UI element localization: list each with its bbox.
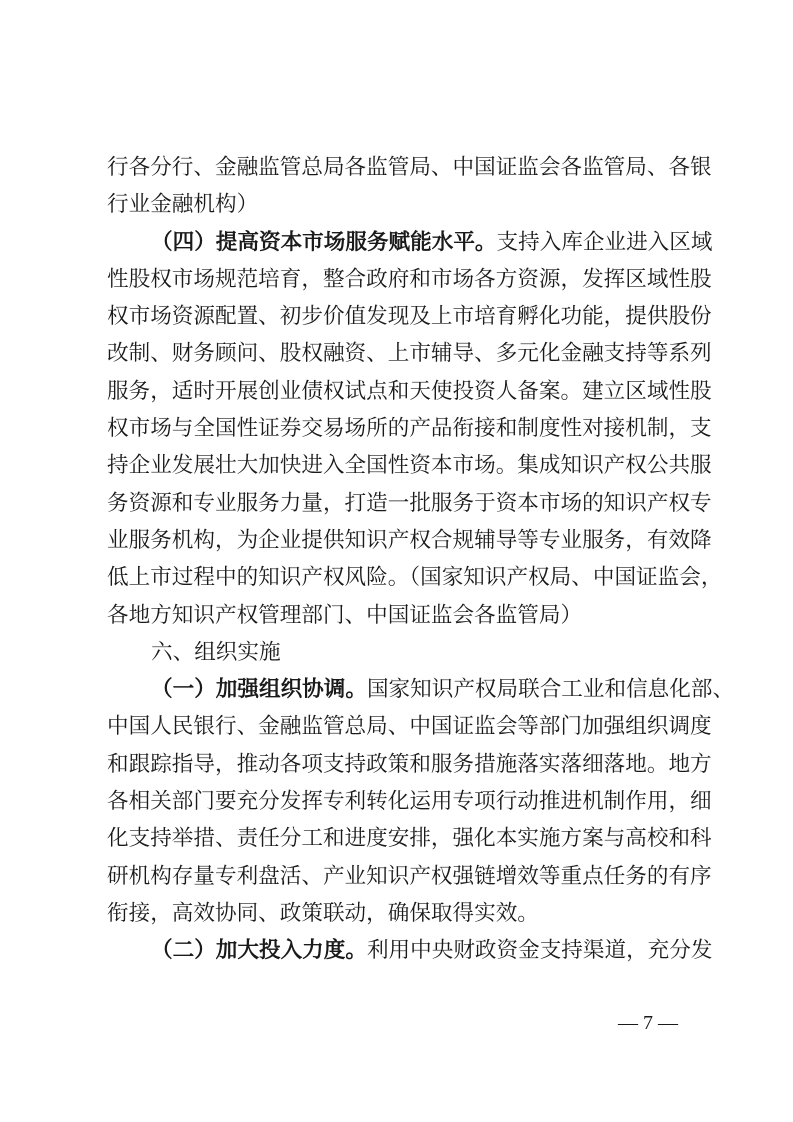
text-line: 业服务机构，为企业提供知识产权合规辅导等专业服务，有效降 — [107, 522, 692, 559]
page-number: — 7 — — [618, 1012, 678, 1035]
subsection-title: （四）提高资本市场服务赋能水平。 — [151, 230, 497, 255]
line-text: 性股权市场规范培育，整合政府和市场各方资源，发挥区域性股 — [107, 267, 712, 292]
line-text: 中国人民银行、金融监管总局、中国证监会等部门加强组织调度 — [107, 714, 712, 739]
line-text: 国家知识产权局联合工业和信息化部、 — [367, 677, 734, 702]
subsection-title: （一）加强组织协调。 — [151, 677, 367, 702]
line-text: 服务，适时开展创业债权试点和天使投资人备案。建立区域性股 — [107, 379, 712, 404]
line-text: 行业金融机构） — [107, 192, 258, 217]
line-text: 改制、财务顾问、股权融资、上市辅导、多元化金融支持等系列 — [107, 341, 712, 366]
line-text: 权市场与全国性证券交易场所的产品衔接和制度性对接机制，支 — [107, 416, 712, 441]
text-line: 各地方知识产权管理部门、中国证监会各监管局） — [107, 597, 692, 634]
text-line: 各相关部门要充分发挥专利转化运用专项行动推进机制作用，细 — [107, 783, 692, 820]
line-text: 各地方知识产权管理部门、中国证监会各监管局） — [107, 603, 582, 628]
text-line: 权市场资源配置、初步价值发现及上市培育孵化功能，提供股份 — [107, 298, 692, 335]
line-text: 权市场资源配置、初步价值发现及上市培育孵化功能，提供股份 — [107, 304, 712, 329]
line-text: 各相关部门要充分发挥专利转化运用专项行动推进机制作用，细 — [107, 789, 712, 814]
text-line: 化支持举措、责任分工和进度安排，强化本实施方案与高校和科 — [107, 820, 692, 857]
text-line: 性股权市场规范培育，整合政府和市场各方资源，发挥区域性股 — [107, 261, 692, 298]
line-text: 研机构存量专利盘活、产业知识产权强链增效等重点任务的有序 — [107, 864, 712, 889]
text-line: （四）提高资本市场服务赋能水平。支持入库企业进入区域 — [107, 224, 692, 261]
line-text: 行各分行、金融监管总局各监管局、中国证监会各监管局、各银 — [107, 155, 712, 180]
text-line: 服务，适时开展创业债权试点和天使投资人备案。建立区域性股 — [107, 373, 692, 410]
line-text: 务资源和专业服务力量，打造一批服务于资本市场的知识产权专 — [107, 491, 712, 516]
line-text: 衔接，高效协同、政策联动，确保取得实效。 — [107, 901, 539, 926]
line-text: 业服务机构，为企业提供知识产权合规辅导等专业服务，有效降 — [107, 528, 712, 553]
text-line: 务资源和专业服务力量，打造一批服务于资本市场的知识产权专 — [107, 485, 692, 522]
text-line: 六、组织实施 — [107, 634, 692, 671]
text-line: （一）加强组织协调。国家知识产权局联合工业和信息化部、 — [107, 671, 692, 708]
text-line: 持企业发展壮大加快进入全国性资本市场。集成知识产权公共服 — [107, 447, 692, 484]
line-text: 低上市过程中的知识产权风险。（国家知识产权局、中国证监会， — [107, 565, 722, 590]
text-line: 行业金融机构） — [107, 186, 692, 223]
line-text: 持企业发展壮大加快进入全国性资本市场。集成知识产权公共服 — [107, 453, 712, 478]
document-page: 行各分行、金融监管总局各监管局、中国证监会各监管局、各银行业金融机构）（四）提高… — [0, 0, 793, 1122]
text-line: （二）加大投入力度。利用中央财政资金支持渠道，充分发 — [107, 932, 692, 969]
text-line: 低上市过程中的知识产权风险。（国家知识产权局、中国证监会， — [107, 559, 692, 596]
document-body: 行各分行、金融监管总局各监管局、中国证监会各监管局、各银行业金融机构）（四）提高… — [107, 149, 692, 970]
text-line: 衔接，高效协同、政策联动，确保取得实效。 — [107, 895, 692, 932]
text-line: 行各分行、金融监管总局各监管局、中国证监会各监管局、各银 — [107, 149, 692, 186]
text-line: 中国人民银行、金融监管总局、中国证监会等部门加强组织调度 — [107, 708, 692, 745]
subsection-title: （二）加大投入力度。 — [151, 938, 367, 963]
line-text: 化支持举措、责任分工和进度安排，强化本实施方案与高校和科 — [107, 826, 712, 851]
line-text: 和跟踪指导，推动各项支持政策和服务措施落实落细落地。地方 — [107, 752, 712, 777]
text-line: 改制、财务顾问、股权融资、上市辅导、多元化金融支持等系列 — [107, 335, 692, 372]
text-line: 和跟踪指导，推动各项支持政策和服务措施落实落细落地。地方 — [107, 746, 692, 783]
text-line: 权市场与全国性证券交易场所的产品衔接和制度性对接机制，支 — [107, 410, 692, 447]
section-heading: 六、组织实施 — [151, 640, 281, 665]
text-line: 研机构存量专利盘活、产业知识产权强链增效等重点任务的有序 — [107, 858, 692, 895]
line-text: 利用中央财政资金支持渠道，充分发 — [367, 938, 713, 963]
line-text: 支持入库企业进入区域 — [497, 230, 713, 255]
